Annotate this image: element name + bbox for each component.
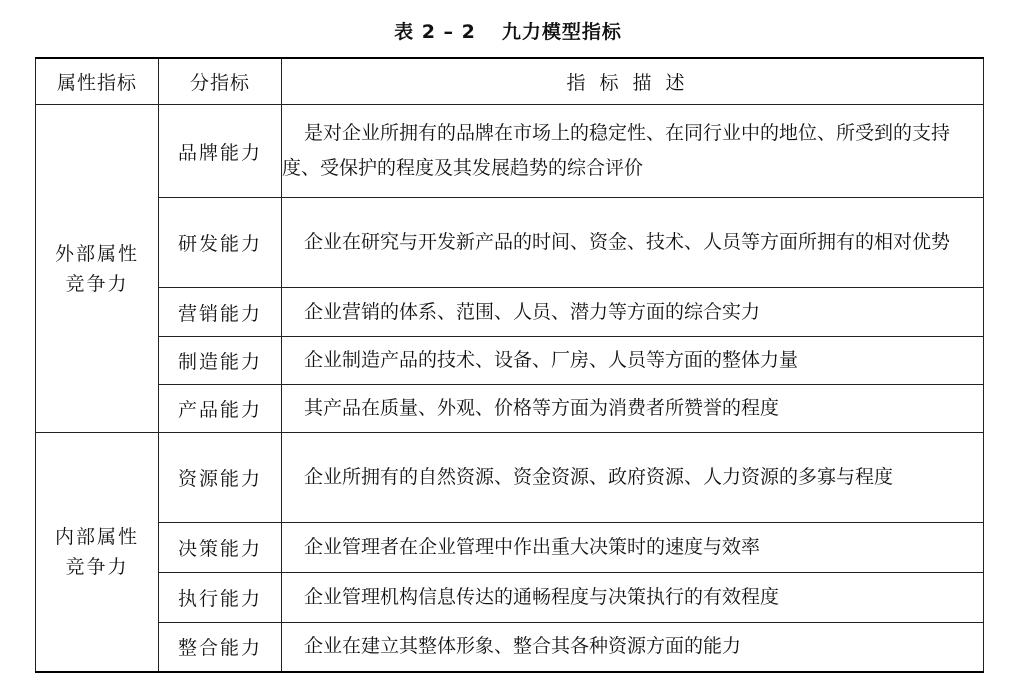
table-row: 执行能力 企业管理机构信息传达的通畅程度与决策执行的有效程度 [36,573,984,623]
table-row: 产品能力 其产品在质量、外观、价格等方面为消费者所赞誉的程度 [36,385,984,433]
header-sub-indicator: 分指标 [159,58,282,105]
category-external: 外部属性 竞争力 [36,105,159,433]
table-caption: 表 2 – 2九力模型指标 [0,17,1016,44]
indicator-marketing: 营销能力 [159,288,282,337]
indicator-execution: 执行能力 [159,573,282,623]
description-marketing: 企业营销的体系、范围、人员、潜力等方面的综合实力 [282,288,984,337]
header-attribute: 属性指标 [36,58,159,105]
description-decision: 企业管理者在企业管理中作出重大决策时的速度与效率 [282,523,984,573]
nine-force-model-table: 属性指标 分指标 指标描述 外部属性 竞争力 品牌能力 是对企业所拥有的品牌在市… [35,57,984,673]
description-text: 企业管理机构信息传达的通畅程度与决策执行的有效程度 [304,586,779,608]
description-product: 其产品在质量、外观、价格等方面为消费者所赞誉的程度 [282,385,984,433]
description-integration: 企业在建立其整体形象、整合其各种资源方面的能力 [282,623,984,672]
description-brand: 是对企业所拥有的品牌在市场上的稳定性、在同行业中的地位、所受到的支持度、受保护的… [282,105,984,198]
indicator-decision: 决策能力 [159,523,282,573]
indicator-integration: 整合能力 [159,623,282,672]
table-row: 营销能力 企业营销的体系、范围、人员、潜力等方面的综合实力 [36,288,984,337]
category-label-line2: 竞争力 [36,552,158,582]
header-row: 属性指标 分指标 指标描述 [36,58,984,105]
table-row: 整合能力 企业在建立其整体形象、整合其各种资源方面的能力 [36,623,984,672]
table-number: 表 2 – 2 [394,21,476,43]
table-row: 决策能力 企业管理者在企业管理中作出重大决策时的速度与效率 [36,523,984,573]
description-text: 是对企业所拥有的品牌在市场上的稳定性、在同行业中的地位、所受到的支持度、受保护的… [282,122,950,179]
description-text: 企业所拥有的自然资源、资金资源、政府资源、人力资源的多寡与程度 [304,466,893,488]
indicator-resource: 资源能力 [159,433,282,523]
indicator-product: 产品能力 [159,385,282,433]
table-row: 外部属性 竞争力 品牌能力 是对企业所拥有的品牌在市场上的稳定性、在同行业中的地… [36,105,984,198]
description-rnd: 企业在研究与开发新产品的时间、资金、技术、人员等方面所拥有的相对优势 [282,198,984,288]
header-description: 指标描述 [282,58,984,105]
description-resource: 企业所拥有的自然资源、资金资源、政府资源、人力资源的多寡与程度 [282,433,984,523]
table-row: 内部属性 竞争力 资源能力 企业所拥有的自然资源、资金资源、政府资源、人力资源的… [36,433,984,523]
description-text: 其产品在质量、外观、价格等方面为消费者所赞誉的程度 [304,397,779,419]
indicator-rnd: 研发能力 [159,198,282,288]
description-text: 企业在建立其整体形象、整合其各种资源方面的能力 [304,635,741,657]
category-label-line1: 外部属性 [36,239,158,269]
description-text: 企业制造产品的技术、设备、厂房、人员等方面的整体力量 [304,349,798,371]
indicator-brand: 品牌能力 [159,105,282,198]
description-execution: 企业管理机构信息传达的通畅程度与决策执行的有效程度 [282,573,984,623]
description-text: 企业管理者在企业管理中作出重大决策时的速度与效率 [304,536,760,558]
indicator-manufacturing: 制造能力 [159,337,282,385]
description-manufacturing: 企业制造产品的技术、设备、厂房、人员等方面的整体力量 [282,337,984,385]
category-label-line1: 内部属性 [36,522,158,552]
category-internal: 内部属性 竞争力 [36,433,159,672]
category-label-line2: 竞争力 [36,269,158,299]
table-row: 研发能力 企业在研究与开发新产品的时间、资金、技术、人员等方面所拥有的相对优势 [36,198,984,288]
table-row: 制造能力 企业制造产品的技术、设备、厂房、人员等方面的整体力量 [36,337,984,385]
description-text: 企业营销的体系、范围、人员、潜力等方面的综合实力 [304,301,760,323]
table-title: 九力模型指标 [502,21,622,43]
description-text: 企业在研究与开发新产品的时间、资金、技术、人员等方面所拥有的相对优势 [304,231,950,253]
